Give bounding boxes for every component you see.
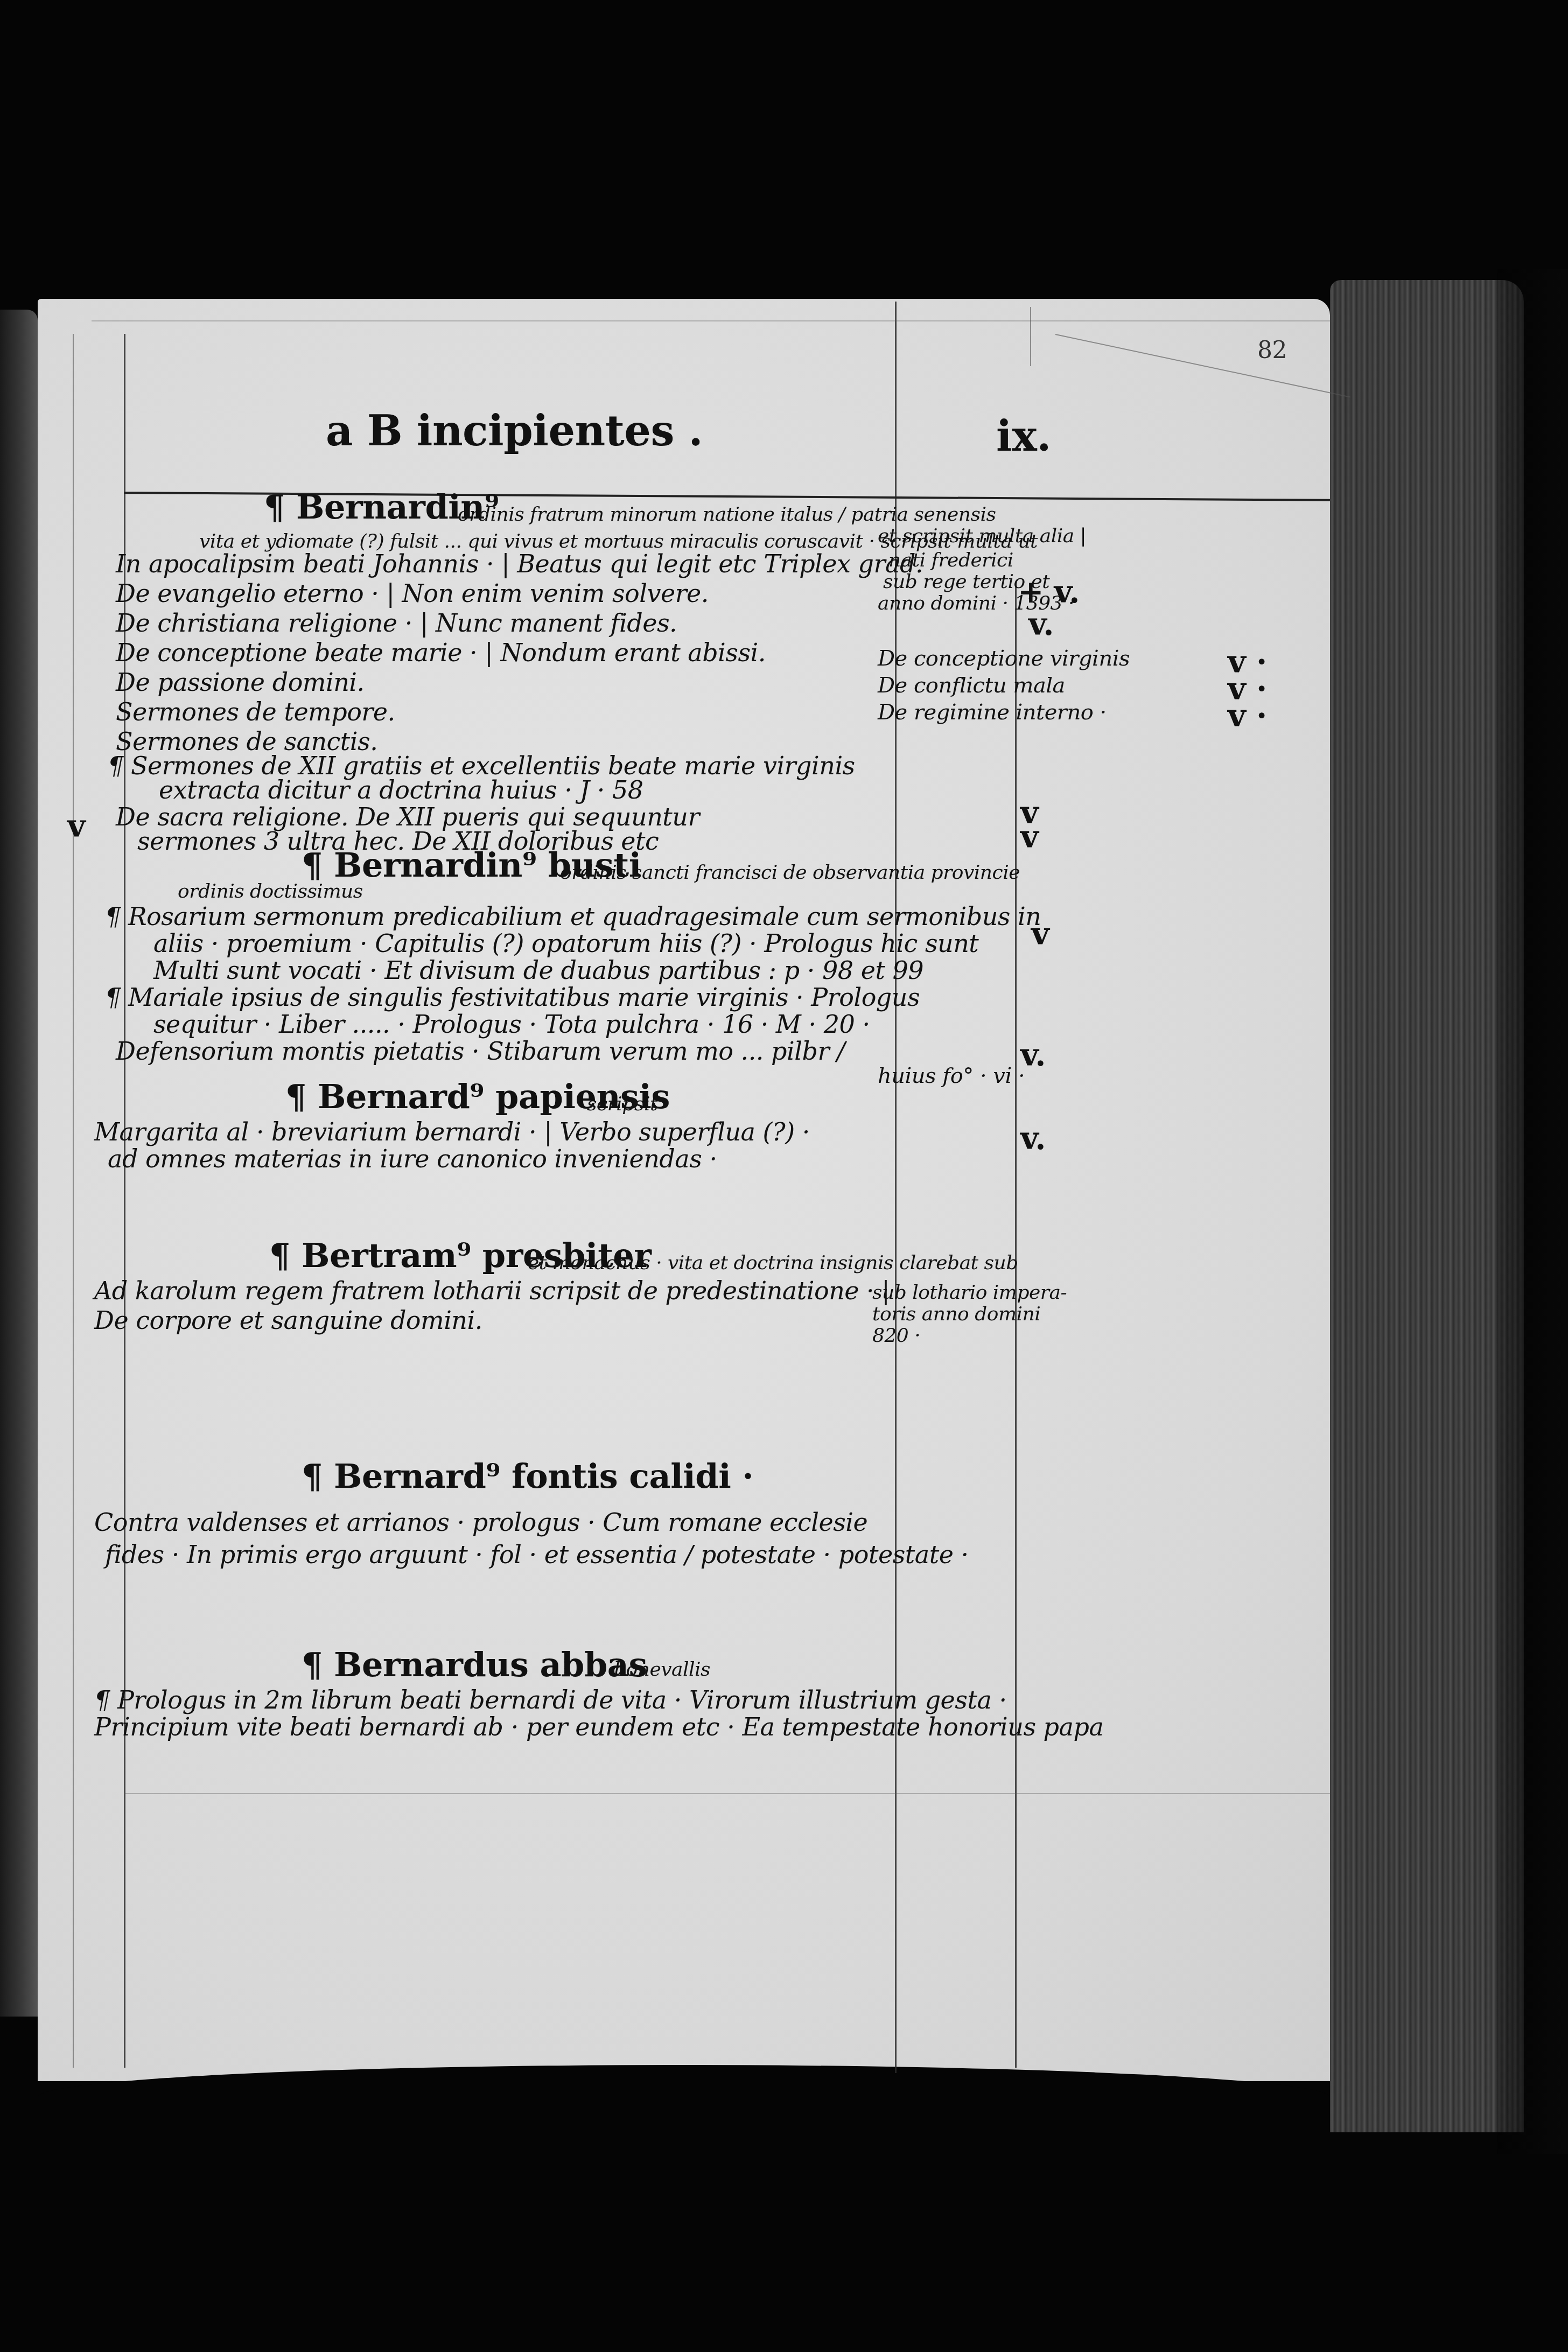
entry-line: In apocalipsim beati Johannis · | Beatus… [116, 549, 923, 578]
ruling-top [92, 320, 1330, 321]
entry-line: aliis · proemium · Capitulis (?) opatoru… [153, 929, 978, 958]
entry-heading: ¶ Bernard⁹ fontis calidi · [302, 1457, 753, 1496]
ruling-top-short [1030, 307, 1031, 366]
side-item: De conceptione virginis [878, 646, 1130, 671]
margin-mark: v. [1020, 1120, 1046, 1157]
entry-line: Multi sunt vocati · Et divisum de duabus… [153, 956, 923, 985]
entry-heading-note: ordinis fratrum minorum natione italus /… [458, 503, 996, 526]
margin-mark: v · [1228, 697, 1267, 734]
book-fore-edge [1330, 280, 1524, 2132]
entry-heading-note: ordinis sancti francisci de observantia … [560, 862, 1020, 884]
facing-page-edge [0, 310, 38, 2017]
margin-mark: v. [1028, 606, 1054, 642]
margin-mark: v [1020, 818, 1038, 855]
entry-line: fides · In primis ergo arguunt · fol · e… [105, 1540, 969, 1569]
side-note-line: sub lothario impera- [872, 1282, 1067, 1304]
entry-sub-note: ordinis doctissimus [178, 880, 363, 902]
entry-line: De evangelio eterno · | Non enim venim s… [116, 579, 709, 608]
ruling-left-outer [73, 334, 74, 2068]
entry-line: Contra valdenses et arrianos · prologus … [94, 1508, 867, 1537]
side-item: De conflictu mala [878, 673, 1065, 698]
left-margin-mark: v [67, 808, 85, 844]
entry-line: De christiana religione · | Nunc manent … [116, 608, 677, 638]
continuation-note: huius fo° · vi · [878, 1063, 1025, 1088]
page-heading: a B incipientes . [326, 407, 703, 456]
margin-mark: + v. [1018, 573, 1080, 610]
entry-heading-note: scripsit [587, 1093, 657, 1115]
entry-line: ¶ Mariale ipsius de singulis festivitati… [105, 983, 920, 1012]
folio-number: 82 [1257, 337, 1287, 364]
entry-heading-note: bonevallis [614, 1658, 710, 1681]
margin-mark: v [1031, 915, 1049, 952]
side-item: De regimine interno · [878, 700, 1107, 725]
side-note-line: toris anno domini [872, 1303, 1040, 1325]
fore-edge-shadow [1497, 269, 1568, 2154]
entry-heading-note: et monachus · vita et doctrina insignis … [528, 1252, 1018, 1274]
entry-line: ¶ Rosarium sermonum predicabilium et qua… [105, 902, 1041, 931]
entry-line: sequitur · Liber ..... · Prologus · Tota… [153, 1010, 870, 1039]
entry-line: Defensorium montis pietatis · Stibarum v… [116, 1037, 845, 1066]
entry-line: De corpore et sanguine domini. [94, 1306, 482, 1335]
entry-heading: ¶ Bernardus abbas [302, 1645, 647, 1684]
entry-line: Principium vite beati bernardi ab · per … [94, 1712, 1103, 1741]
side-note-line: et scripsit multa alia | [878, 525, 1086, 547]
column-heading: ix. [996, 412, 1051, 461]
entry-line: De passione domini. [116, 668, 365, 697]
entry-line: ad omnes materias in iure canonico inven… [108, 1144, 717, 1173]
entry-line: Sermones de tempore. [116, 697, 395, 726]
ruling-bottom [124, 1793, 1330, 1794]
entry-line: extracta dicitur a doctrina huius · J · … [159, 775, 643, 804]
entry-line: Margarita al · breviarium bernardi · | V… [94, 1117, 810, 1146]
side-note-line: nati frederici [888, 549, 1013, 571]
entry-line: ¶ Prologus in 2m librum beati bernardi d… [94, 1685, 1007, 1714]
side-note-line: 820 · [872, 1325, 920, 1347]
entry-line: Ad karolum regem fratrem lotharii scrips… [94, 1276, 890, 1305]
entry-line: De conceptione beate marie · | Nondum er… [116, 638, 766, 667]
